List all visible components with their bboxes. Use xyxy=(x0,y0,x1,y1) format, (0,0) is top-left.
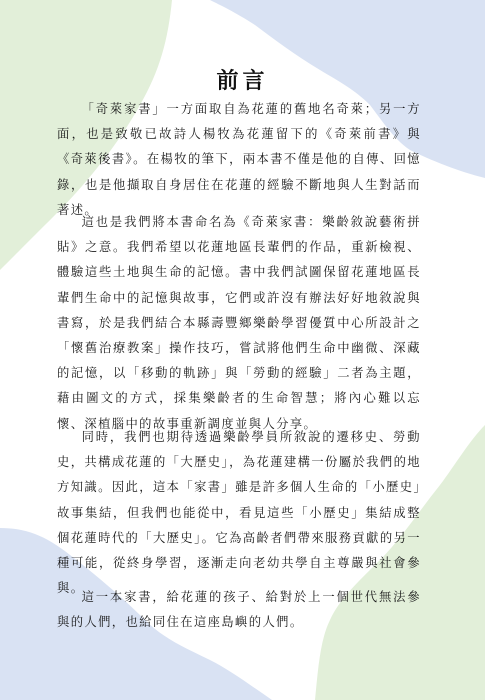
paragraph-4: 這一本家書，給花蓮的孩子、給對於上一個世代無法參與的人們，也給同住在這座島嶼的人… xyxy=(57,585,421,635)
paragraph-1: 「奇萊家書」一方面取自為花蓮的舊地名奇萊；另一方面，也是致敬已故詩人楊牧為花蓮留… xyxy=(57,97,421,223)
document-page: 前言 「奇萊家書」一方面取自為花蓮的舊地名奇萊；另一方面，也是致敬已故詩人楊牧為… xyxy=(0,0,485,700)
paragraph-2: 這也是我們將本書命名為《奇萊家書：樂齡敘說藝術拼貼》之意。我們希望以花蓮地區長輩… xyxy=(57,210,421,437)
paragraph-3: 同時，我們也期待透過樂齡學員所敘說的遷移史、勞動史，共構成花蓮的「大歷史」，為花… xyxy=(57,425,421,601)
page-title: 前言 xyxy=(0,67,485,95)
